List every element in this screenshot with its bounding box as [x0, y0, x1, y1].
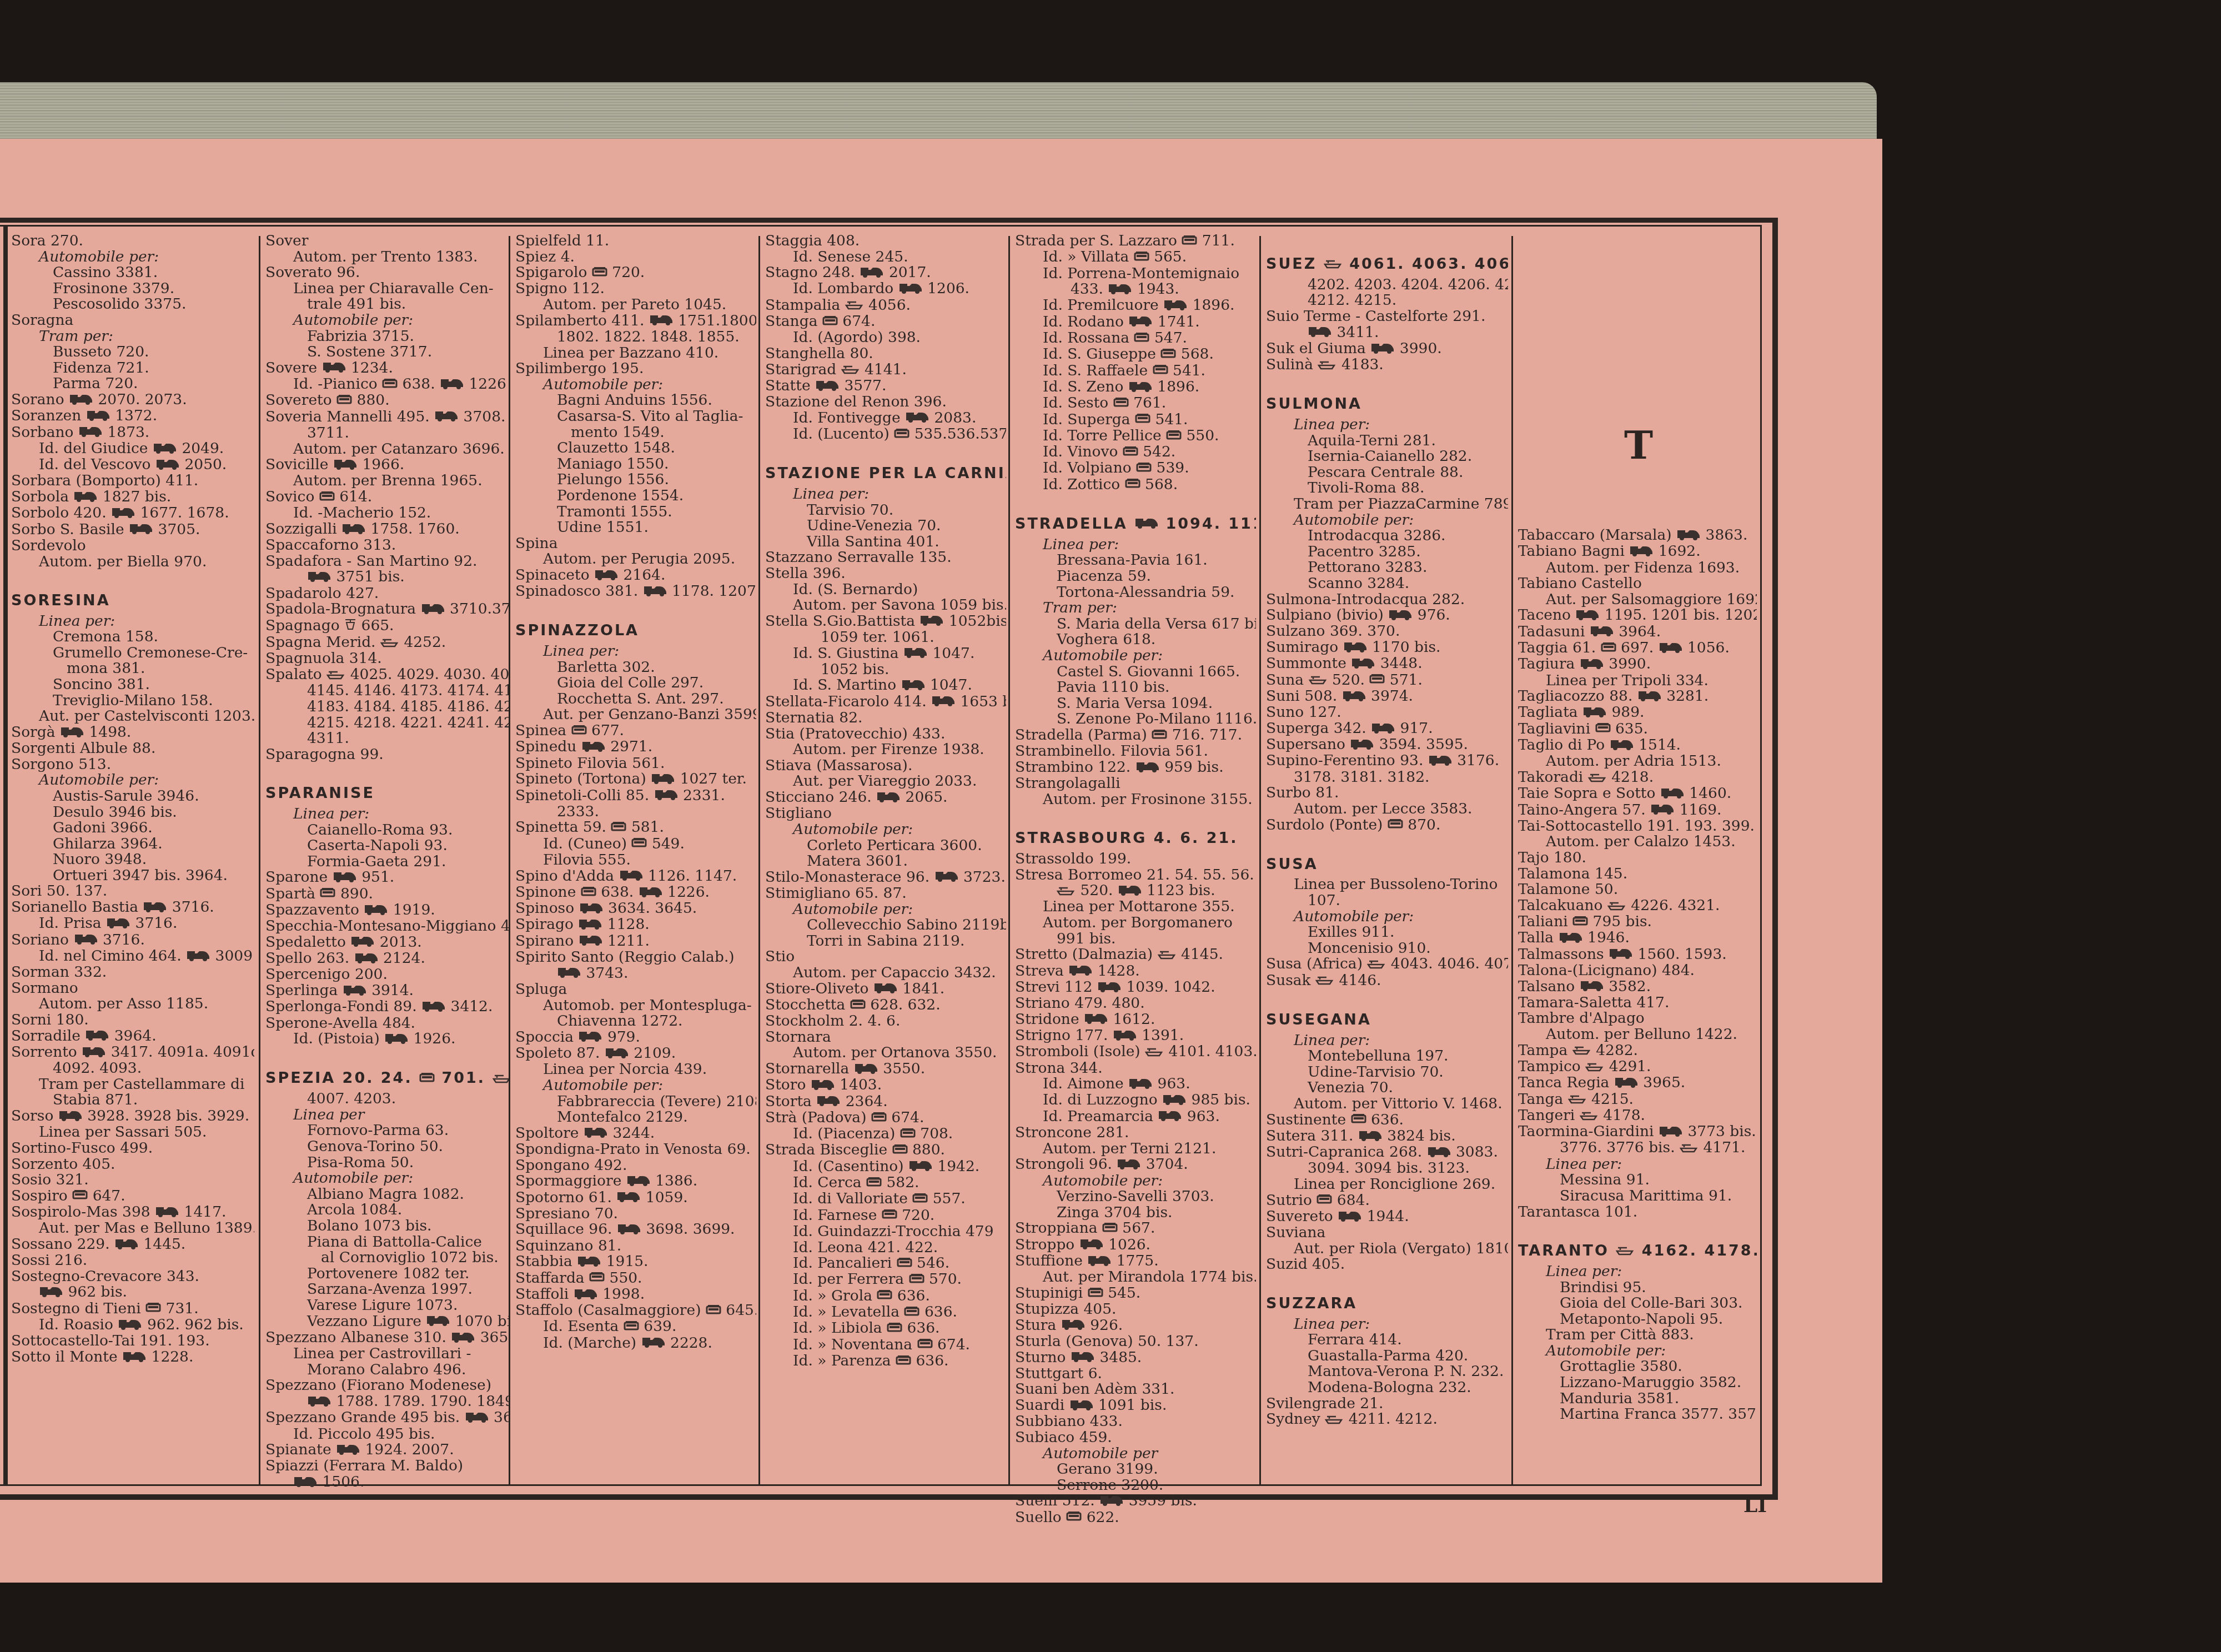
- train-icon: [1163, 298, 1188, 314]
- entry-text: Stroncone 281.: [1015, 1125, 1129, 1141]
- entry-text: 4162. 4178.: [1642, 1243, 1757, 1259]
- index-entry: Sorbano 1873.: [11, 425, 254, 441]
- entry-text: SORESINA: [11, 593, 110, 609]
- entry-text: Id. » Levatella: [793, 1304, 904, 1320]
- index-entry: Statte 3577.: [765, 378, 1006, 394]
- index-entry: Spagnago 665.: [265, 618, 509, 635]
- entry-text: 635.: [1615, 721, 1648, 737]
- entry-text: Stuffione: [1015, 1253, 1087, 1269]
- entry-text: Fabbrareccia (Tevere) 2108: [557, 1094, 756, 1110]
- entry-text: 550.: [610, 1271, 642, 1287]
- entry-text: Stroppo: [1015, 1237, 1079, 1253]
- train-icon: [873, 981, 898, 997]
- index-entry: Sospiro 647.: [11, 1188, 254, 1204]
- train-icon: [1358, 1129, 1383, 1145]
- index-entry: Id. Zottico 568.: [1015, 477, 1256, 493]
- entry-text: 1751.1800.: [678, 313, 756, 329]
- entry-text: Autom. per Trento 1383.: [293, 249, 478, 265]
- index-entry: Striano 479. 480.: [1015, 996, 1256, 1012]
- entry-text: Aut. per Viareggio 2033.: [793, 774, 977, 790]
- index-entry: Rocchetta S. Ant. 297.: [515, 691, 756, 707]
- entry-text: Stagno 248.: [765, 265, 860, 281]
- entry-text: Linea per Bazzano 410.: [543, 345, 718, 361]
- entry-text: 1460.: [1689, 786, 1731, 802]
- entry-text: 1027 ter.: [680, 771, 747, 787]
- index-entry: Parma 720.: [11, 376, 254, 392]
- index-entry: Strigno 177. 1391.: [1015, 1028, 1256, 1044]
- entry-text: Manduria 3581.: [1560, 1391, 1679, 1407]
- index-entry: Martina Franca 3577. 3578.: [1518, 1407, 1757, 1423]
- entry-text: Suviana: [1266, 1225, 1325, 1241]
- entry-text: Spina: [515, 536, 557, 552]
- entry-text: Id. (Marche): [543, 1335, 641, 1352]
- entry-text: 1506.: [322, 1474, 364, 1490]
- index-entry: Sotto il Monte 1228.: [11, 1349, 254, 1365]
- index-entry: Subbiano 433.: [1015, 1414, 1256, 1430]
- index-entry: 3743.: [515, 966, 756, 982]
- index-entry: Caianello-Roma 93.: [265, 822, 509, 838]
- train-icon: [86, 409, 110, 425]
- entry-text: Tabiano Castello: [1518, 576, 1642, 592]
- index-entry: Suzid 405.: [1266, 1257, 1508, 1273]
- entry-text: Tai-Sottocastello 191. 193. 399.: [1518, 819, 1755, 835]
- entry-text: Lizzano-Maruggio 3582.: [1560, 1375, 1741, 1391]
- index-entry: Sormano: [11, 981, 254, 997]
- entry-text: Automobile per:: [293, 1171, 413, 1187]
- entry-text: SPARANISE: [265, 786, 375, 802]
- index-entry: Suno 127.: [1266, 705, 1508, 721]
- entry-text: 4025. 4029. 4030. 4033.: [350, 667, 509, 683]
- entry-text: 4215. 4218. 4221. 4241. 4276.: [307, 715, 509, 731]
- index-entry: Collevecchio Sabino 2119bis: [765, 917, 1006, 933]
- entry-text: 1228.: [152, 1349, 194, 1365]
- index-column-6: SUEZ 4061. 4063. 4064. 4201.4202. 4203. …: [1263, 233, 1511, 1483]
- entry-text: Talamona 145.: [1518, 866, 1627, 882]
- entry-text: Sorbara (Bomporto) 411.: [11, 473, 198, 489]
- entry-text: Stornarella: [765, 1061, 854, 1077]
- entry-text: 546.: [917, 1256, 949, 1272]
- train-icon: [1660, 786, 1685, 802]
- entry-text: Soragna: [11, 313, 73, 329]
- entry-text: Busseto 720.: [53, 344, 149, 360]
- entry-text: Strassoldo 199.: [1015, 851, 1131, 867]
- entry-text: Sottocastello-Tai 191. 193.: [11, 1333, 210, 1349]
- entry-text: Aut. per Riola (Vergato) 1810: [1294, 1241, 1508, 1257]
- train-icon: [654, 788, 679, 804]
- ship-icon: [1568, 1092, 1587, 1108]
- index-entry: Svilengrade 21.: [1266, 1396, 1508, 1412]
- entry-text: Sperlinga: [265, 983, 343, 999]
- index-entry: Id. per Ferrera 570.: [765, 1272, 1006, 1288]
- index-entry: 991 bis.: [1015, 931, 1256, 947]
- entry-text: 636.: [916, 1353, 948, 1369]
- index-entry: Sternatia 82.: [765, 710, 1006, 726]
- index-entry: Id. Rodano 1741.: [1015, 314, 1256, 330]
- train-icon: [1676, 528, 1701, 544]
- entry-text: 1091 bis.: [1098, 1398, 1167, 1414]
- column-divider: [1511, 236, 1513, 1485]
- train-icon: [1099, 1494, 1124, 1510]
- index-entry: Sovere 1234.: [265, 360, 509, 376]
- entry-text: 917.: [1400, 721, 1433, 737]
- index-entry: Suk el Giuma 3990.: [1266, 341, 1508, 357]
- entry-text: Strona 344.: [1015, 1061, 1103, 1077]
- index-entry: Sorgono 513.: [11, 757, 254, 773]
- entry-text: Streva: [1015, 963, 1068, 980]
- entry-text: Id. Senese 245.: [793, 249, 908, 265]
- index-entry: Autom. per Savona 1059 bis.: [765, 597, 1006, 614]
- index-entry: Stagno 248. 2017.: [765, 265, 1006, 281]
- entry-text: Id. Leona 421. 422.: [793, 1240, 938, 1256]
- train-icon: [82, 1045, 106, 1061]
- entry-text: Stia (Pratovecchio) 433.: [765, 726, 945, 742]
- entry-text: Spirago: [515, 917, 578, 933]
- index-entry: Id. (Pistoia) 1926.: [265, 1031, 509, 1047]
- ship-icon: [1145, 1045, 1164, 1061]
- entry-text: Cremona 158.: [53, 629, 158, 645]
- entry-text: 1059.: [646, 1190, 688, 1206]
- index-entry: Tramonti 1555.: [515, 504, 756, 520]
- train-icon: [384, 1032, 409, 1048]
- entry-text: 582.: [886, 1175, 919, 1191]
- index-entry: Tram per:: [11, 329, 254, 345]
- index-entry: Taliani 795 bis.: [1518, 914, 1757, 930]
- index-entry: Autom. per Borgomanero: [1015, 915, 1256, 931]
- entry-text: Stazione del Renon 396.: [765, 394, 947, 410]
- entry-text: 3176.: [1457, 753, 1499, 769]
- index-entry: Fornovo-Parma 63.: [265, 1123, 509, 1139]
- index-entry: Sulzano 369. 370.: [1266, 624, 1508, 640]
- entry-text: Linea per Chiaravalle Cen-: [293, 281, 494, 297]
- entry-text: Bressana-Pavia 161.: [1057, 553, 1208, 569]
- train-icon: [155, 1205, 179, 1221]
- entry-text: Linea per:: [293, 806, 369, 822]
- index-entry: Tram per Castellammare di: [11, 1077, 254, 1093]
- entry-text: Piana di Battolla-Calice: [307, 1234, 482, 1251]
- entry-text: Linea per Castrovillari -: [293, 1346, 471, 1362]
- index-entry: Sorano 2070. 2073.: [11, 392, 254, 408]
- entry-text: Automobile per:: [793, 822, 913, 838]
- entry-text: 963.: [1187, 1109, 1220, 1125]
- entry-text: Id. S. Zeno: [1043, 379, 1128, 395]
- entry-text: Id. del Vescovo: [39, 457, 155, 473]
- index-entry: Spigarolo 720.: [515, 265, 756, 281]
- entry-text: Id. per Ferrera: [793, 1272, 909, 1288]
- index-entry: Autom. per Calalzo 1453.: [1518, 834, 1757, 850]
- index-entry: Sortino-Fusco 499.: [11, 1141, 254, 1157]
- entry-text: S. Maria Versa 1094.: [1057, 696, 1213, 712]
- index-entry: Aut. per Mirandola 1774 bis.: [1015, 1269, 1256, 1286]
- index-entry: Chiavenna 1272.: [515, 1013, 756, 1030]
- entry-text: Id. (Lucento): [793, 426, 894, 443]
- entry-text: Id. nel Cimino 464.: [39, 948, 186, 965]
- index-entry: Brindisi 95.: [1518, 1280, 1757, 1296]
- entry-text: Id. » Villata: [1043, 249, 1134, 265]
- index-entry: Introdacqua 3286.: [1266, 528, 1508, 544]
- entry-text: 2331.: [683, 788, 725, 804]
- entry-text: Venezia 70.: [1308, 1080, 1393, 1096]
- index-entry: Spormaggiore 1386.: [515, 1173, 756, 1189]
- tram-icon: [1351, 1112, 1366, 1128]
- index-entry: Stella S.Gio.Battista 1052bis: [765, 614, 1006, 630]
- entry-text: S. Maria della Versa 617 bis.: [1057, 616, 1256, 632]
- index-entry: Sutera 311. 3824 bis.: [1266, 1128, 1508, 1144]
- entry-text: Suardi: [1015, 1398, 1069, 1414]
- entry-text: Udine 1551.: [557, 520, 649, 536]
- entry-text: Soriano: [11, 932, 74, 948]
- entry-text: Sorbola: [11, 489, 73, 505]
- entry-text: Sorgà: [11, 725, 60, 741]
- entry-text: Aut. per Mirandola 1774 bis.: [1043, 1269, 1256, 1286]
- index-entry: Autom. per Ortanova 3550.: [765, 1045, 1006, 1061]
- entry-text: Sora 270.: [11, 233, 83, 249]
- train-icon: [1158, 1109, 1182, 1125]
- entry-text: 795 bis.: [1593, 914, 1652, 930]
- train-icon: [60, 725, 84, 741]
- train-icon: [577, 1254, 601, 1271]
- entry-text: Gioia del Colle-Bari 303.: [1560, 1296, 1743, 1312]
- entry-text: Sospirolo-Mas 398: [11, 1204, 155, 1221]
- index-entry: Serrone 3200.: [1015, 1478, 1256, 1494]
- index-entry: Id. S. Martino 1047.: [765, 677, 1006, 694]
- index-entry: Sordevolo: [11, 538, 254, 554]
- entry-text: 880.: [912, 1142, 945, 1158]
- entry-text: Tagliavini: [1518, 721, 1595, 737]
- index-entry: 1802. 1822. 1848. 1855.: [515, 329, 756, 345]
- entry-text: Spondigna-Prato in Venosta 69.: [515, 1142, 751, 1158]
- index-entry: Piacenza 59.: [1015, 569, 1256, 585]
- tram-icon: [1388, 817, 1403, 833]
- entry-text: Spadafora - San Martino 92.: [265, 554, 477, 570]
- index-entry: Sulmona-Introdacqua 282.: [1266, 592, 1508, 608]
- entry-text: Sorradile: [11, 1028, 85, 1045]
- entry-text: Udine-Venezia 70.: [807, 518, 941, 534]
- entry-text: 4178.: [1603, 1108, 1645, 1124]
- train-icon: [85, 1028, 109, 1045]
- entry-text: 1896.: [1157, 379, 1199, 395]
- train-icon: [1084, 1012, 1108, 1028]
- entry-text: 645.: [726, 1303, 756, 1319]
- index-entry: Treviglio-Milano 158.: [11, 693, 254, 709]
- index-entry: Subiaco 459.: [1015, 1430, 1256, 1446]
- entry-text: Spartà: [265, 886, 320, 902]
- index-entry: Caserta-Napoli 93.: [265, 838, 509, 854]
- entry-text: 3705.: [158, 522, 200, 538]
- index-entry: Albiano Magra 1082.: [265, 1187, 509, 1203]
- entry-text: Strada Bisceglie: [765, 1142, 892, 1158]
- entry-text: Spormaggiore: [515, 1173, 626, 1189]
- train-icon: [1069, 1398, 1094, 1414]
- index-entry: Cassino 3381.: [11, 265, 254, 281]
- index-entry: Linea per: [265, 1107, 509, 1123]
- index-entry: Id. Cerca 582.: [765, 1175, 1006, 1191]
- entry-text: 3692: [494, 1410, 509, 1426]
- entry-text: 985 bis.: [1192, 1092, 1250, 1108]
- entry-text: 711.: [1202, 233, 1235, 249]
- entry-text: Voghera 618.: [1057, 632, 1155, 648]
- entry-text: Autom. per Calalzo 1453.: [1546, 834, 1736, 850]
- index-entry: Talla 1946.: [1518, 930, 1757, 946]
- index-entry: Stroppiana 567.: [1015, 1221, 1256, 1237]
- entry-text: Autom. per Borgomanero: [1043, 915, 1233, 931]
- train-icon: [129, 522, 153, 538]
- ship-icon: [841, 362, 860, 378]
- entry-text: 674.: [891, 1110, 924, 1126]
- entry-text: Striano 479. 480.: [1015, 996, 1145, 1012]
- entry-text: Genova-Torino 50.: [307, 1139, 443, 1155]
- index-entry: Sostegno-Crevacore 343.: [11, 1269, 254, 1285]
- entry-text: Stupizza 405.: [1015, 1302, 1116, 1318]
- entry-text: 989.: [1611, 705, 1644, 721]
- entry-text: Id. S. Raffaele: [1043, 363, 1153, 379]
- index-entry: Tabiano Bagni 1692.: [1518, 544, 1757, 560]
- index-entry: Grottaglie 3580.: [1518, 1359, 1757, 1375]
- entry-text: 4145.: [1181, 947, 1223, 963]
- train-icon: [1350, 737, 1374, 754]
- entry-text: 1226.: [667, 885, 710, 901]
- entry-text: 1653 bis: [960, 694, 1006, 710]
- entry-text: Stupinigi: [1015, 1286, 1088, 1302]
- entry-text: Sovere: [265, 360, 322, 376]
- index-entry: Castel S. Giovanni 1665.: [1015, 664, 1256, 680]
- index-entry: Id. S. Giuseppe 568.: [1015, 347, 1256, 363]
- train-icon: [651, 772, 675, 788]
- entry-text: Id. S. Giustina: [793, 646, 903, 662]
- entry-text: Siracusa Marittima 91.: [1560, 1188, 1732, 1204]
- entry-text: Autom. per Biella 970.: [39, 554, 207, 570]
- index-entry: Spoccia 979.: [515, 1030, 756, 1046]
- train-icon: [1342, 689, 1366, 705]
- entry-text: Sparagogna 99.: [265, 747, 384, 763]
- train-icon: [333, 458, 358, 474]
- entry-text: Sutrio: [1266, 1193, 1316, 1209]
- entry-text: Id. (Agordo) 398.: [793, 330, 921, 346]
- entry-text: Messina 91.: [1560, 1172, 1650, 1188]
- index-entry: Id. (Casentino) 1942.: [765, 1159, 1006, 1175]
- entry-text: Staffoli: [515, 1287, 574, 1303]
- entry-text: Clauzetto 1548.: [557, 440, 675, 456]
- entry-text: Nuoro 3948.: [53, 852, 147, 868]
- train-icon: [931, 694, 956, 710]
- entry-text: Parma 720.: [53, 376, 138, 392]
- entry-text: Talcakuano: [1518, 898, 1607, 914]
- index-entry: Suani ben Adèm 331.: [1015, 1382, 1256, 1398]
- entry-text: Id. S. Martino: [793, 677, 901, 694]
- entry-text: 720.: [612, 265, 645, 281]
- entry-text: Linea per: [293, 1107, 364, 1123]
- index-entry: Lizzano-Maruggio 3582.: [1518, 1375, 1757, 1391]
- entry-text: Fidenza 721.: [53, 360, 149, 376]
- entry-text: 4043. 4046. 4070.: [1391, 956, 1508, 972]
- index-entry: Stiore-Oliveto 1841.: [765, 981, 1006, 997]
- entry-text: Guastalla-Parma 420.: [1308, 1348, 1468, 1364]
- index-entry: Pordenone 1554.: [515, 488, 756, 504]
- entry-text: Barletta 302.: [557, 660, 655, 676]
- entry-text: mento 1549.: [571, 425, 665, 441]
- entry-text: Tanga: [1518, 1092, 1568, 1108]
- tram-icon: [912, 1192, 928, 1208]
- entry-text: Sumirago: [1266, 640, 1343, 656]
- entry-text: Suvereto: [1266, 1209, 1338, 1225]
- entry-text: 3411.: [1336, 325, 1379, 341]
- entry-text: 3485.: [1099, 1350, 1142, 1366]
- index-entry: Spina: [515, 536, 756, 552]
- index-entry: Sorgenti Albule 88.: [11, 741, 254, 757]
- train-icon: [1134, 516, 1159, 533]
- entry-text: Automobile per:: [39, 772, 159, 789]
- entry-text: 4183.: [1341, 357, 1384, 373]
- entry-text: Soverato 96.: [265, 265, 360, 281]
- train-icon: [354, 951, 379, 967]
- entry-text: Torri in Sabina 2119.: [807, 933, 964, 950]
- index-entry: Taino-Angera 57. 1169.: [1518, 802, 1757, 819]
- tram-icon: [624, 1319, 639, 1335]
- index-entry: Strada per S. Lazzaro 711.: [1015, 233, 1256, 249]
- train-icon: [934, 870, 959, 886]
- ship-icon: [1325, 1412, 1344, 1428]
- entry-text: Suno 127.: [1266, 705, 1341, 721]
- entry-text: 535.536.537.: [914, 426, 1006, 443]
- index-entry: Tabiano Castello: [1518, 576, 1757, 592]
- index-entry: Bressana-Pavia 161.: [1015, 553, 1256, 569]
- index-entry: Stornarella 3550.: [765, 1061, 1006, 1077]
- index-entry: Sticciano 246. 2065.: [765, 790, 1006, 806]
- tram-icon: [900, 1127, 916, 1143]
- ship-icon: [1324, 257, 1343, 273]
- index-entry: Tram per:: [1015, 600, 1256, 616]
- index-entry: Udine-Tarvisio 70.: [1266, 1064, 1508, 1081]
- index-entry: Autom. per Brenna 1965.: [265, 473, 509, 489]
- entry-text: 2083.: [934, 410, 977, 426]
- entry-text: Linea per Ronciglione 269.: [1294, 1177, 1495, 1193]
- entry-text: 107.: [1308, 893, 1340, 909]
- entry-text: 647.: [93, 1188, 125, 1204]
- index-entry: Linea per Chiaravalle Cen-: [265, 281, 509, 297]
- ship-icon: [1585, 1060, 1604, 1076]
- index-entry: Spoleto 87. 2109.: [515, 1046, 756, 1062]
- entry-text: Spinone: [515, 885, 581, 901]
- entry-text: Pescara Centrale 88.: [1308, 465, 1463, 481]
- index-entry: Tagliavini 635.: [1518, 721, 1757, 737]
- entry-text: 701.: [441, 1071, 492, 1087]
- index-entry: Soveria Mannelli 495. 3708.: [265, 409, 509, 425]
- train-icon: [421, 602, 445, 618]
- index-entry: Id. S. Raffaele 541.: [1015, 363, 1256, 379]
- train-icon: [1580, 979, 1604, 995]
- entry-text: STRASBOURG 4. 6. 21.: [1015, 831, 1238, 847]
- entry-text: Bagni Anduins 1556.: [557, 393, 712, 409]
- index-entry: Filovia 555.: [515, 852, 756, 868]
- index-entry: Stroncone 281.: [1015, 1125, 1256, 1141]
- entry-text: Sarzana-Avenza 1997.: [307, 1282, 473, 1298]
- entry-text: Subbiano 433.: [1015, 1414, 1123, 1430]
- train-icon: [307, 570, 331, 586]
- index-entry: Spinedu 2971.: [515, 739, 756, 755]
- index-entry: Guastalla-Parma 420.: [1266, 1348, 1508, 1364]
- tram-icon: [897, 1256, 912, 1272]
- index-entry: Id. (Marche) 2228.: [515, 1335, 756, 1352]
- index-entry: Tagliacozzo 88. 3281.: [1518, 689, 1757, 705]
- entry-text: 2013.: [380, 935, 422, 951]
- tram-icon: [706, 1303, 721, 1319]
- entry-text: Sorianello Bastia: [11, 900, 143, 916]
- entry-text: Tivoli-Roma 88.: [1308, 480, 1424, 496]
- index-entry: 520. 1123 bis.: [1015, 883, 1256, 899]
- entry-text: Brindisi 95.: [1560, 1280, 1646, 1296]
- entry-text: 1896.: [1193, 298, 1235, 314]
- index-entry: Autom. per Perugia 2095.: [515, 551, 756, 568]
- index-entry: Sottocastello-Tai 191. 193.: [11, 1333, 254, 1349]
